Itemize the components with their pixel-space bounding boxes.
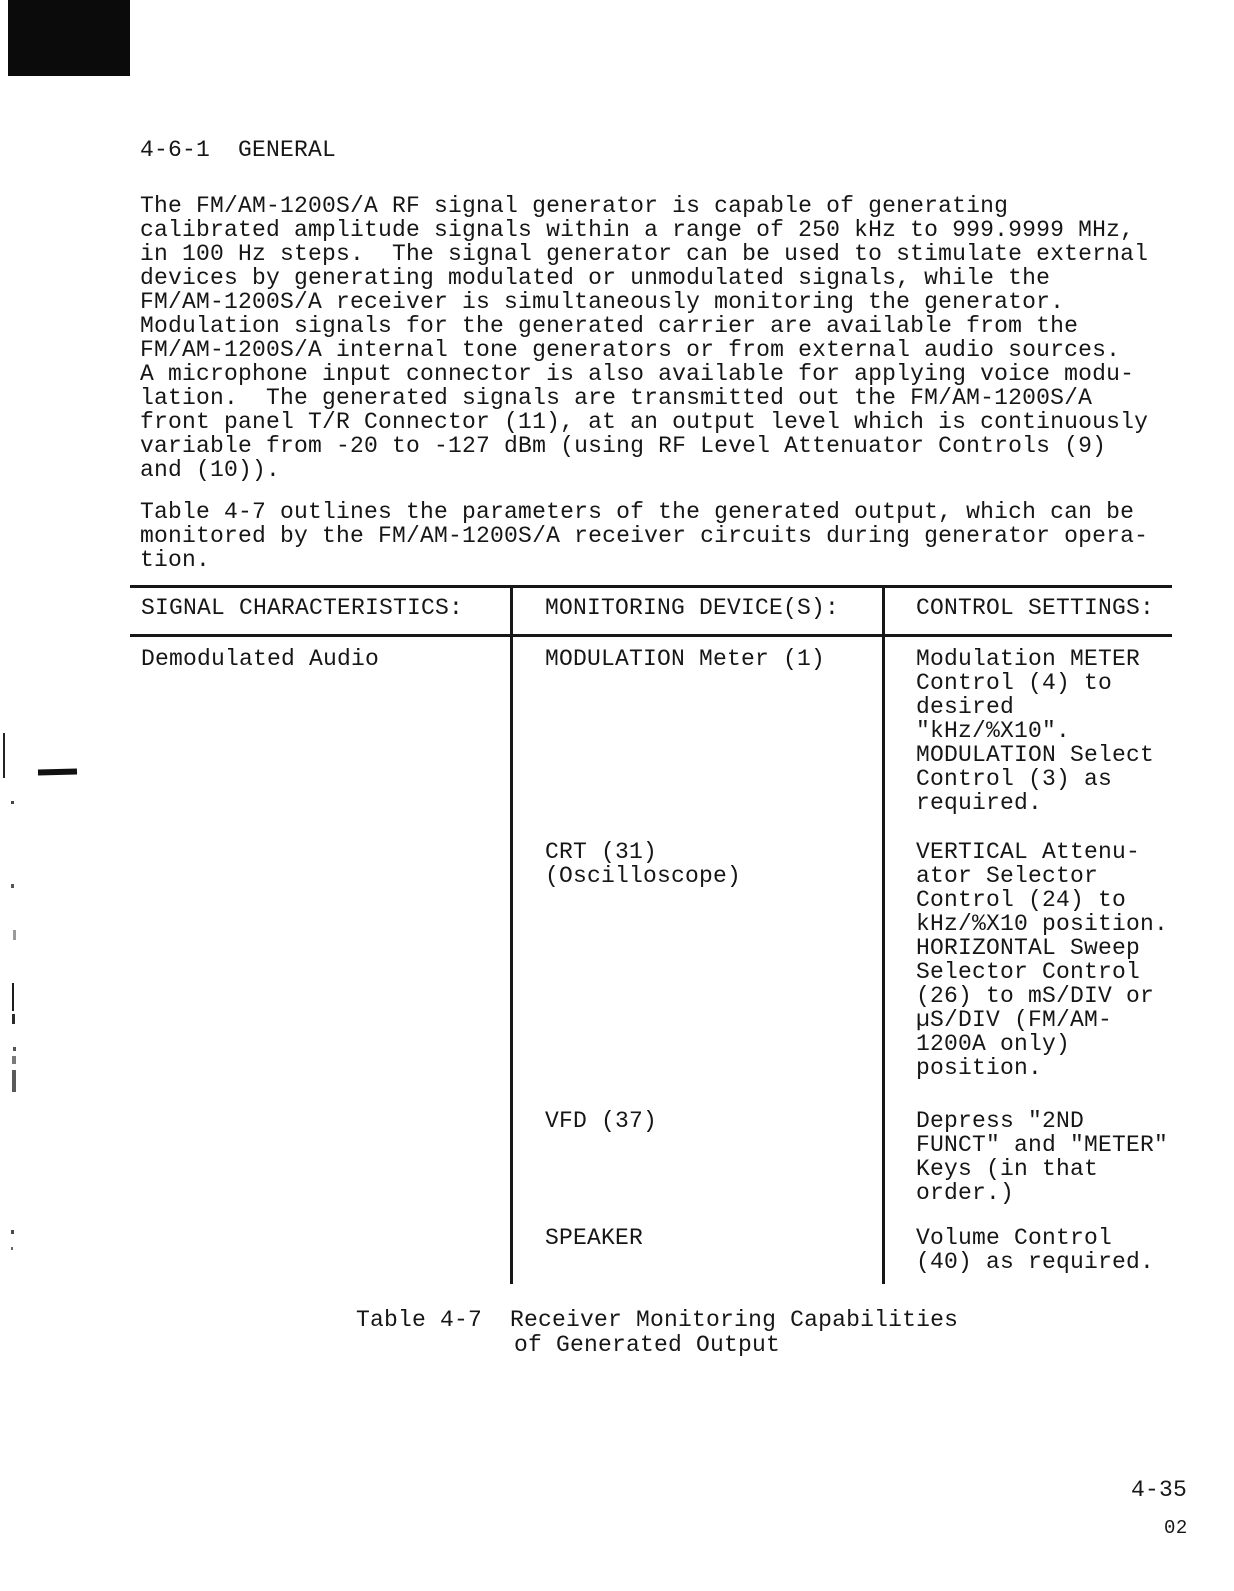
- page-stamp: 02: [1164, 1516, 1188, 1540]
- table-header-signal-characteristics: SIGNAL CHARACTERISTICS:: [141, 596, 463, 620]
- section-heading: 4-6-1 GENERAL: [140, 138, 336, 162]
- table-column-divider-1: [510, 585, 513, 1284]
- scan-artifact-margin-line: [3, 733, 5, 778]
- scan-artifact-black-box: [8, 0, 130, 76]
- page-number: 4-35: [1131, 1478, 1187, 1502]
- table-cell-settings-crt: VERTICAL Attenu- ator Selector Control (…: [916, 840, 1168, 1080]
- scan-artifact-mark: [11, 801, 14, 804]
- scan-artifact-mark: [13, 1047, 16, 1051]
- table-cell-device-crt: CRT (31) (Oscilloscope): [545, 840, 741, 888]
- document-page: 4-6-1 GENERAL The FM/AM-1200S/A RF signa…: [0, 0, 1234, 1591]
- scan-artifact-mark: [12, 1070, 16, 1092]
- table-cell-device-vfd: VFD (37): [545, 1109, 657, 1133]
- scan-artifact-mark: [12, 1056, 16, 1064]
- table-cell-settings-modulation-meter: Modulation METER Control (4) to desired …: [916, 647, 1154, 815]
- table-header-bottom-rule: [130, 634, 1172, 637]
- table-cell-signal-demodulated-audio: Demodulated Audio: [141, 647, 379, 671]
- scan-artifact-mark: [11, 884, 14, 888]
- scan-artifact-mark: [13, 930, 16, 940]
- scan-artifact-margin-dash: [38, 768, 77, 775]
- table-cell-settings-vfd: Depress "2ND FUNCT" and "METER" Keys (in…: [916, 1109, 1168, 1205]
- paragraph-general-1: The FM/AM-1200S/A RF signal generator is…: [140, 194, 1148, 482]
- table-cell-device-modulation-meter: MODULATION Meter (1): [545, 647, 825, 671]
- scan-artifact-mark: [11, 1230, 14, 1234]
- table-cell-settings-speaker: Volume Control (40) as required.: [916, 1226, 1154, 1274]
- scan-artifact-mark: [12, 983, 14, 1011]
- table-caption-line2: of Generated Output: [514, 1333, 780, 1357]
- table-cell-device-speaker: SPEAKER: [545, 1226, 643, 1250]
- table-header-control-settings: CONTROL SETTINGS:: [916, 596, 1154, 620]
- table-top-rule: [130, 585, 1172, 588]
- table-header-monitoring-devices: MONITORING DEVICE(S):: [545, 596, 839, 620]
- table-caption-line1: Table 4-7 Receiver Monitoring Capabiliti…: [356, 1308, 958, 1332]
- table-column-divider-2: [882, 585, 885, 1284]
- paragraph-general-2: Table 4-7 outlines the parameters of the…: [140, 500, 1148, 572]
- scan-artifact-mark: [11, 1247, 13, 1250]
- scan-artifact-mark: [12, 1014, 15, 1024]
